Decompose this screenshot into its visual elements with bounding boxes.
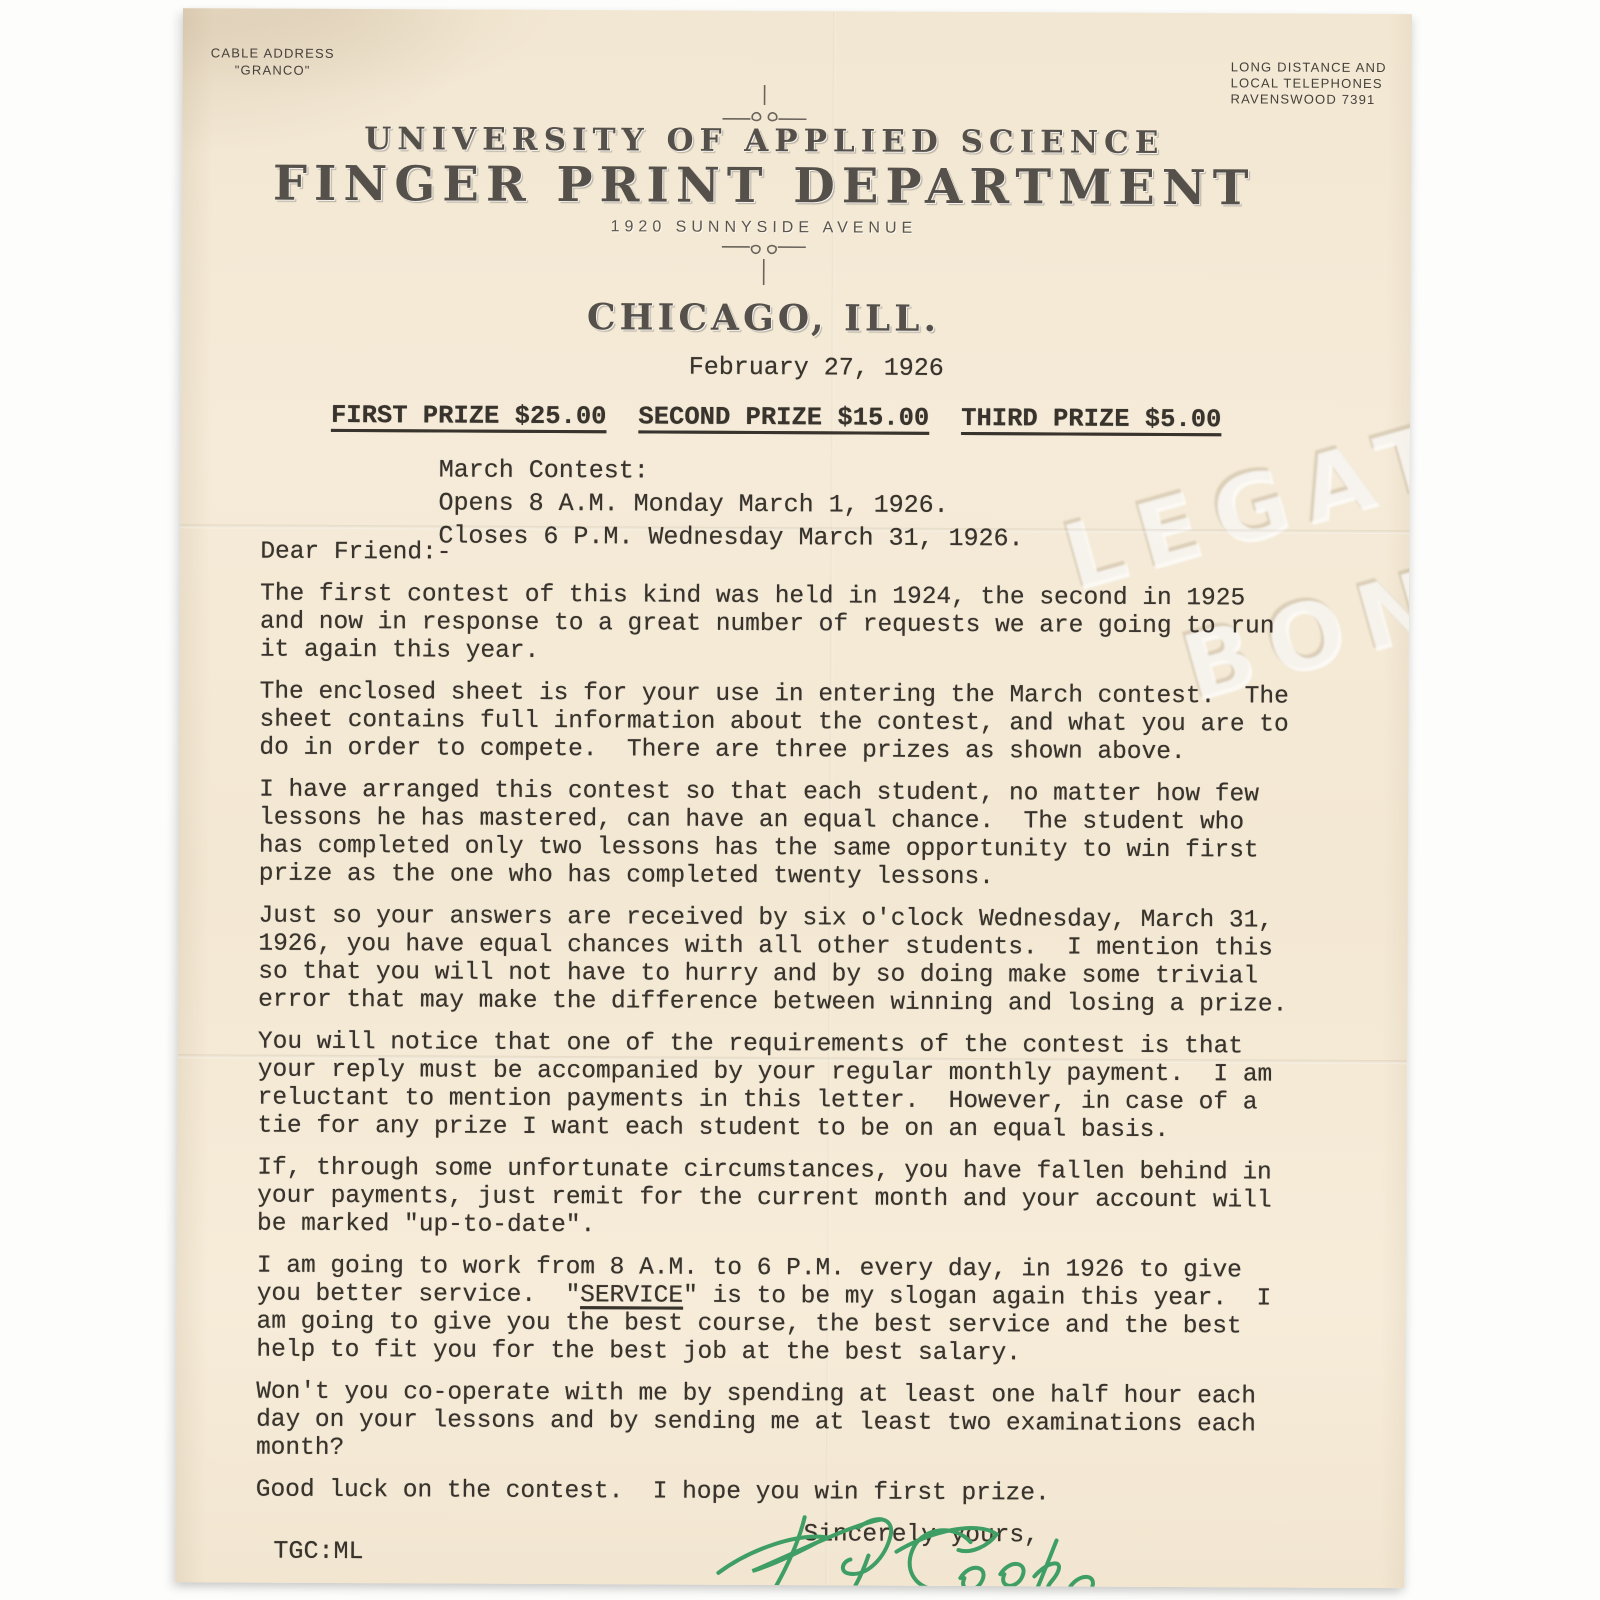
flourish-ornament-bottom [694,237,834,293]
letter-date: February 27, 1926 [181,350,1412,385]
telephone-block: LONG DISTANCE ANDLOCAL TELEPHONESRAVENSW… [1231,59,1387,108]
telephone-line: RAVENSWOOD 7391 [1231,91,1387,108]
paragraph: The first contest of this kind was held … [260,581,1335,670]
city-line: CHICAGO, ILL. [181,294,1345,342]
prize-list: FIRST PRIZE $25.00SECOND PRIZE $15.00THI… [331,401,1221,434]
contest-line: March Contest: [439,453,1024,489]
telephone-line: LONG DISTANCE AND [1231,59,1387,76]
paragraph: I have arranged this contest so that eac… [259,777,1335,894]
paragraph: I am going to work from 8 A.M. to 6 P.M.… [256,1253,1332,1370]
paragraph: If, through some unfortunate circumstanc… [257,1155,1332,1244]
department-name: FINGER PRINT DEPARTMENT [182,155,1346,217]
paragraph: Good luck on the contest. I hope you win… [256,1477,1331,1510]
cable-address-value: "GRANCO" [211,61,335,79]
paragraph: The enclosed sheet is for your use in en… [259,679,1334,768]
paragraph: Won't you co-operate with me by spending… [256,1379,1331,1468]
cable-address-label: CABLE ADDRESS [211,44,335,62]
prize-item: SECOND PRIZE $15.00 [638,402,929,432]
paragraph: You will notice that one of the requirem… [257,1029,1333,1146]
signature [708,1511,1108,1588]
contest-line: Opens 8 A.M. Monday March 1, 1926. [439,486,1024,522]
salutation: Dear Friend:- [260,539,1335,572]
typist-initials: TGC:ML [273,1537,363,1566]
paragraphs: The first contest of this kind was held … [256,581,1336,1510]
letter-page: LEGAT BON CABLE ADDRESS "GRANCO" LONG DI… [175,8,1412,1588]
prize-item: FIRST PRIZE $25.00 [331,401,607,431]
paragraph: Just so your answers are received by six… [258,903,1334,1020]
prize-item: THIRD PRIZE $5.00 [961,404,1221,434]
letter-body: Dear Friend:- The first contest of this … [255,539,1335,1552]
telephone-line: LOCAL TELEPHONES [1231,75,1387,92]
cable-address-block: CABLE ADDRESS "GRANCO" [211,44,335,79]
